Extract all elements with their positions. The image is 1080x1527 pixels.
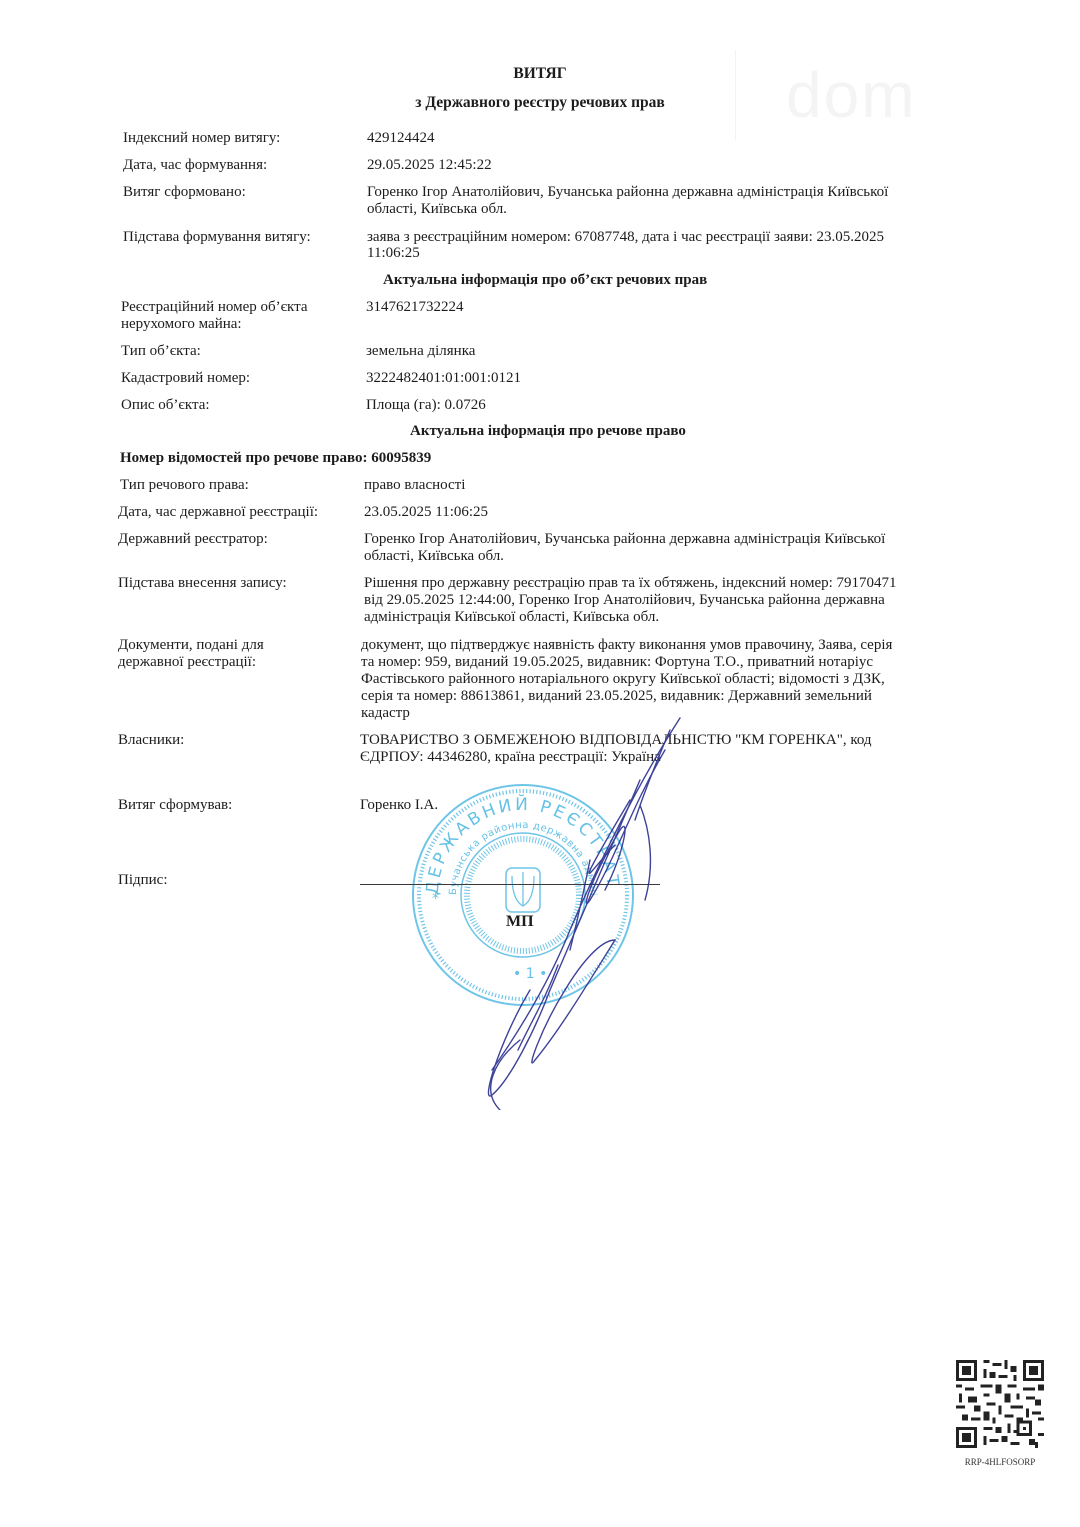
field-label: Дата, час державної реєстрації: bbox=[118, 504, 318, 521]
field-record-basis: Підстава внесення запису: Рішення про де… bbox=[118, 575, 988, 629]
qr-code-caption: RRP-4HLFOSORP bbox=[950, 1457, 1050, 1467]
field-value-line: заява з реєстраційним номером: 67087748,… bbox=[367, 229, 884, 246]
field-value: 29.05.2025 12:45:22 bbox=[367, 157, 492, 174]
field-value: земельна ділянка bbox=[366, 343, 475, 360]
field-registration-datetime: Дата, час державної реєстрації: 23.05.20… bbox=[118, 504, 988, 522]
field-value-line: серія та номер: 88613861, виданий 23.05.… bbox=[361, 688, 872, 705]
field-right-type: Тип речового права: право власності bbox=[120, 477, 990, 495]
field-label: Підпис: bbox=[118, 872, 168, 889]
field-label: Витяг сформував: bbox=[118, 797, 232, 814]
field-formation-datetime: Дата, час формування: 29.05.2025 12:45:2… bbox=[123, 157, 983, 175]
field-value-line: від 29.05.2025 12:44:00, Горенко Ігор Ан… bbox=[364, 592, 885, 609]
section-heading-object: Актуальна інформація про об’єкт речових … bbox=[383, 272, 707, 289]
document-title: ВИТЯГ bbox=[0, 65, 1080, 83]
field-label: Підстава формування витягу: bbox=[123, 229, 311, 246]
field-value-line: області, Київська обл. bbox=[367, 201, 507, 218]
right-record-number: Номер відомостей про речове право: 60095… bbox=[120, 450, 431, 467]
field-value-line: Фастівського районного нотаріального окр… bbox=[361, 671, 885, 688]
document-subtitle: з Державного реєстру речових прав bbox=[0, 94, 1080, 112]
field-label-line: нерухомого майна: bbox=[121, 316, 242, 333]
field-value: 3147621732224 bbox=[366, 299, 464, 316]
field-label-line: Документи, подані для bbox=[118, 637, 264, 654]
field-value: 429124424 bbox=[367, 130, 435, 147]
field-label: Дата, час формування: bbox=[123, 157, 267, 174]
field-extract-index: Індексний номер витягу: 429124424 bbox=[123, 130, 983, 148]
field-state-registrar: Державний реєстратор: Горенко Ігор Анато… bbox=[118, 531, 988, 567]
field-value-line: Рішення про державну реєстрацію прав та … bbox=[364, 575, 897, 592]
field-object-reg-number: Реєстраційний номер об’єкта нерухомого м… bbox=[121, 299, 981, 335]
signature-label: Підпис: bbox=[118, 872, 318, 890]
field-cadastral-number: Кадастровий номер: 3222482401:01:001:012… bbox=[121, 370, 981, 388]
field-formed-by: Витяг сформовано: Горенко Ігор Анатолійо… bbox=[123, 184, 983, 220]
field-label: Власники: bbox=[118, 732, 184, 749]
field-label: Індексний номер витягу: bbox=[123, 130, 280, 147]
field-value-line: та номер: 959, виданий 19.05.2025, видав… bbox=[361, 654, 873, 671]
field-label: Державний реєстратор: bbox=[118, 531, 268, 548]
field-value: 3222482401:01:001:0121 bbox=[366, 370, 521, 387]
field-value-line: Горенко Ігор Анатолійович, Бучанська рай… bbox=[367, 184, 888, 201]
field-value-line: області, Київська обл. bbox=[364, 548, 504, 565]
field-value: Площа (га): 0.0726 bbox=[366, 397, 486, 414]
field-value-line: Горенко Ігор Анатолійович, Бучанська рай… bbox=[364, 531, 885, 548]
field-value-line: 11:06:25 bbox=[367, 245, 420, 262]
field-label: Тип об’єкта: bbox=[121, 343, 201, 360]
handwritten-signature-icon bbox=[440, 710, 700, 1110]
field-object-description: Опис об’єкта: Площа (га): 0.0726 bbox=[121, 397, 981, 415]
field-object-type: Тип об’єкта: земельна ділянка bbox=[121, 343, 981, 361]
field-label-line: державної реєстрації: bbox=[118, 654, 256, 671]
field-label-line: Реєстраційний номер об’єкта bbox=[121, 299, 308, 316]
field-formation-basis: Підстава формування витягу: заява з реєс… bbox=[123, 229, 983, 265]
field-value-line: адміністрація Київської області, Київськ… bbox=[364, 609, 659, 626]
field-label: Підстава внесення запису: bbox=[118, 575, 287, 592]
field-value-line: документ, що підтверджує наявність факту… bbox=[361, 637, 892, 654]
field-value: 23.05.2025 11:06:25 bbox=[364, 504, 488, 521]
field-label: Опис об’єкта: bbox=[121, 397, 210, 414]
section-heading-right: Актуальна інформація про речове право bbox=[410, 423, 686, 440]
field-label: Кадастровий номер: bbox=[121, 370, 250, 387]
field-value-line: кадастр bbox=[361, 705, 410, 722]
field-label: Тип речового права: bbox=[120, 477, 249, 494]
svg-text:*: * bbox=[432, 891, 439, 907]
qr-code-icon bbox=[956, 1360, 1044, 1448]
field-value: право власності bbox=[364, 477, 465, 494]
field-label: Витяг сформовано: bbox=[123, 184, 246, 201]
